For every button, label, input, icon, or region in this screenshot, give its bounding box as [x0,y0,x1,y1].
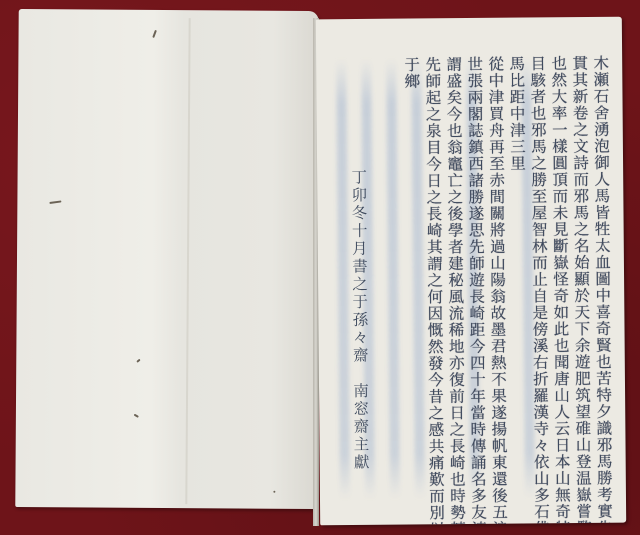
paper-fleck [134,414,139,418]
text-column: 貫其新卷之文詩而邪馬之名始顯於天下余遊肥筑望碓山登温嶽嘗覧瑞山非不雄偉而壯 [571,55,591,515]
text-column: 目駭者也邪馬之勝至屋智林而止自是傍溪右折羅漢寺々依山多石佛巖堅頗類耶 [529,55,549,515]
colophon-signature: 丁卯冬十月書之于孫々齋 南窓齋主獻 [347,169,372,472]
text-column: 先師起之泉目今日之長崎其謂之何因慨然發今昔之感共痛歎而別以廿月二十八日歸 [424,56,444,516]
paper-fleck [273,491,275,493]
text-column: 謂盛矣今也翁竈亡之後學者建秘風流稀地亦復前日之長崎也時勢轉遷日新月改而後 [445,56,465,516]
paper-fold-line [185,18,190,504]
ink-bleed-through [386,59,400,499]
left-page-blank [15,9,318,509]
paper-fleck [152,30,157,38]
open-manuscript-book: 木瀬石舍湧泡御人馬皆牲太血圖中喜奇賢也苦特夕識邪馬勝考實先師山陽翁曾遊此地 貫其… [0,0,640,535]
right-page-text: 木瀬石舍湧泡御人馬皆牲太血圖中喜奇賢也苦特夕識邪馬勝考實先師山陽翁曾遊此地 貫其… [316,17,626,526]
text-column: 也然大率一樣圓頂而未見斷嶽怪奇如此也聞唐山人云日本山無奇特不使彼觀此漢山爲 [550,55,570,515]
text-columns: 木瀬石舍湧泡御人馬皆牲太血圖中喜奇賢也苦特夕識邪馬勝考實先師山陽翁曾遊此地 貫其… [403,55,612,517]
text-column: 于鄉 [403,56,423,516]
text-column: 世張兩閣誌鎮西諸勝遂思先師遊長崎距今四十年當時傳誦名多友清客唱和文酒屢流可 [466,56,486,516]
text-column: 從中津買舟再至赤間關將過山陽翁故墨君熱不果遂揚帆東還後五浪華再訪後藤 [487,56,507,516]
text-column: 馬比距中津三里 [508,56,528,516]
text-column: 木瀬石舍湧泡御人馬皆牲太血圖中喜奇賢也苦特夕識邪馬勝考實先師山陽翁曾遊此地 [592,55,612,515]
paper-fleck [49,200,61,204]
paper-fleck [136,359,140,363]
